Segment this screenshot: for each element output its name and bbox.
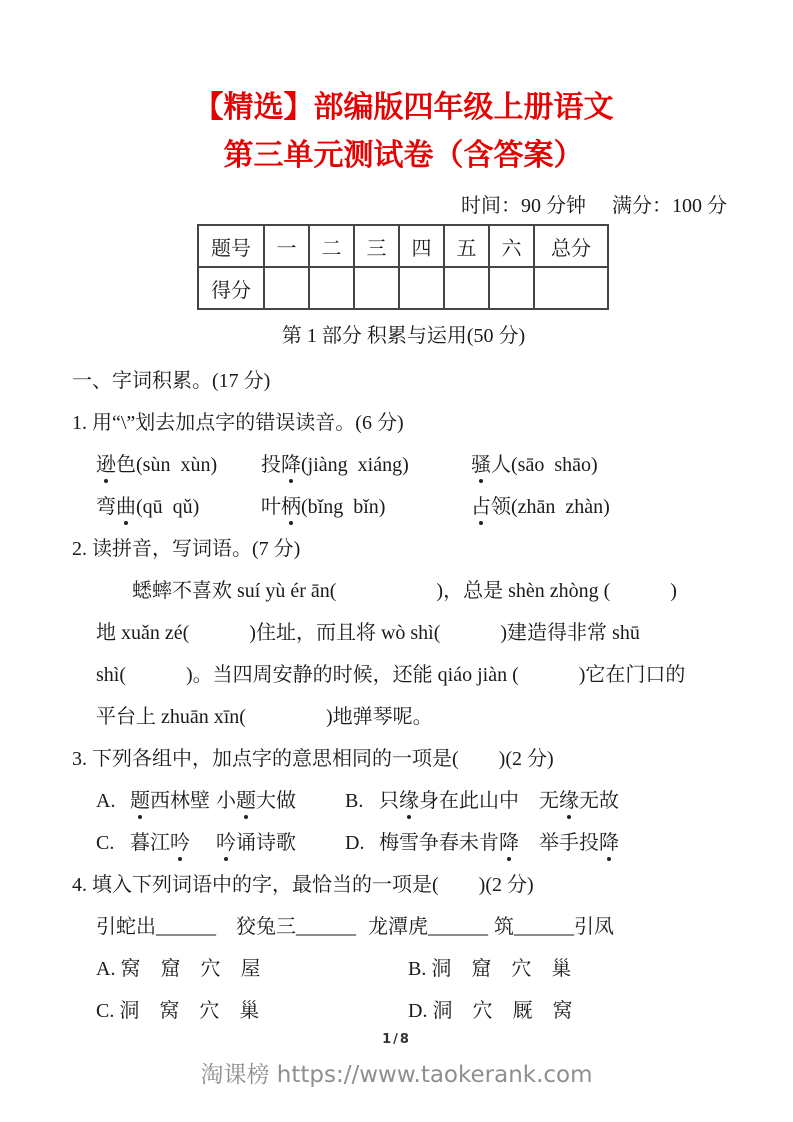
q3-option-c: C.暮江吟吟诵诗歌	[96, 822, 345, 864]
question-body: 一、字词积累。(17 分) 1. 用“\”划去加点字的错误读音。(6 分) 逊色…	[72, 360, 735, 1032]
q2-line-4: 平台上 zhuān xīn( )地弹琴呢。	[72, 696, 735, 738]
part1-header: 第 1 部分 积累与运用(50 分)	[72, 321, 735, 351]
score-empty-cell	[534, 267, 608, 309]
score-row-label: 得分	[198, 267, 264, 309]
q4-option-c: C. 洞 窝 穴 巢	[96, 990, 408, 1032]
score-header-cell: 题号	[198, 225, 264, 267]
score-header-cell: 二	[309, 225, 354, 267]
q3-option-b-label: B.	[345, 780, 379, 822]
q3-option-b-phrase1: 只缘身在此山中	[379, 780, 539, 822]
q4-stem: 4. 填入下列词语中的字，最恰当的一项是( )(2 分)	[72, 864, 735, 906]
q3-option-c-phrase1: 暮江吟	[130, 822, 216, 864]
score-table: 题号 一 二 三 四 五 六 总分 得分	[197, 224, 609, 310]
q3-option-a: A.题西林壁小题大做	[96, 780, 345, 822]
score-empty-cell	[354, 267, 399, 309]
score-header-cell: 总分	[534, 225, 608, 267]
q3-option-a-phrase1: 题西林壁	[130, 780, 216, 822]
score-header-cell: 四	[399, 225, 444, 267]
q1-stem: 1. 用“\”划去加点字的错误读音。(6 分)	[72, 402, 735, 444]
score-empty-cell	[444, 267, 489, 309]
q4-options-row-2: C. 洞 窝 穴 巢D. 洞 穴 厩 窝	[72, 990, 735, 1032]
q4-options-row-1: A. 窝 窟 穴 屋B. 洞 窟 穴 巢	[72, 948, 735, 990]
q4-blank-3: 龙潭虎______	[368, 906, 494, 948]
q4-blank-1: 引蛇出______	[96, 906, 236, 948]
title-line-2: 第三单元测试卷（含答案）	[72, 132, 735, 180]
q4-blanks-row: 引蛇出______狡兔三______龙潭虎______筑______引凤	[72, 906, 735, 948]
section1-title: 一、字词积累。(17 分)	[72, 360, 735, 402]
q1-item-wanqu: 弯曲(qū qǔ)	[96, 486, 261, 528]
score-empty-cell	[309, 267, 354, 309]
q1-item-xunse: 逊色(sùn xùn)	[96, 444, 261, 486]
q3-options-row-2: C.暮江吟吟诵诗歌D.梅雪争春未肯降举手投降	[72, 822, 735, 864]
q1-pinyin-row-2: 弯曲(qū qǔ)叶柄(bǐng bǐn)占领(zhān zhàn)	[72, 486, 735, 528]
page-number: 1/8	[0, 1032, 793, 1047]
q2-line-3: shì( )。当四周安静的时候，还能 qiáo jiàn ( )它在门口的	[72, 654, 735, 696]
q3-option-d-phrase2: 举手投降	[539, 822, 619, 864]
score-header-cell: 五	[444, 225, 489, 267]
score-table-header-row: 题号 一 二 三 四 五 六 总分	[198, 225, 608, 267]
q3-option-c-phrase2: 吟诵诗歌	[216, 822, 296, 864]
score-table-score-row: 得分	[198, 267, 608, 309]
exam-full-score: 满分：100 分	[612, 195, 727, 217]
q3-option-d: D.梅雪争春未肯降举手投降	[345, 822, 619, 864]
q3-options-row-1: A.题西林壁小题大做B.只缘身在此山中无缘无故	[72, 780, 735, 822]
score-empty-cell	[399, 267, 444, 309]
q1-item-saoren: 骚人(sāo shāo)	[471, 444, 598, 486]
q2-line-1: 蟋蟀不喜欢 suí yù ér ān( )，总是 shèn zhòng ( )	[72, 570, 735, 612]
q1-pinyin-row-1: 逊色(sùn xùn)投降(jiàng xiáng)骚人(sāo shāo)	[72, 444, 735, 486]
q3-option-d-phrase1: 梅雪争春未肯降	[379, 822, 539, 864]
score-header-cell: 一	[264, 225, 309, 267]
score-header-cell: 三	[354, 225, 399, 267]
page-content: 【精选】部编版四年级上册语文第三单元测试卷（含答案） 时间：90 分钟满分：10…	[0, 0, 793, 1032]
q1-item-yebing: 叶柄(bǐng bǐn)	[261, 486, 471, 528]
score-header-cell: 六	[489, 225, 534, 267]
q3-option-a-phrase2: 小题大做	[216, 780, 296, 822]
title-line-1: 【精选】部编版四年级上册语文	[72, 84, 735, 132]
q1-item-zhanling: 占领(zhān zhàn)	[471, 486, 610, 528]
q3-option-b-phrase2: 无缘无故	[539, 780, 619, 822]
q4-option-a: A. 窝 窟 穴 屋	[96, 948, 408, 990]
watermark-text: 淘课榜 https://www.taokerank.com	[0, 1056, 793, 1089]
q4-blank-2: 狡兔三______	[236, 906, 368, 948]
q4-option-d: D. 洞 穴 厩 窝	[408, 990, 572, 1032]
q3-option-b: B.只缘身在此山中无缘无故	[345, 780, 619, 822]
q2-stem: 2. 读拼音，写词语。(7 分)	[72, 528, 735, 570]
page-title: 【精选】部编版四年级上册语文第三单元测试卷（含答案）	[72, 84, 735, 180]
q3-stem: 3. 下列各组中，加点字的意思相同的一项是( )(2 分)	[72, 738, 735, 780]
q1-item-touxiang: 投降(jiàng xiáng)	[261, 444, 471, 486]
q4-blank-4: 筑______引凤	[494, 906, 614, 948]
q3-option-c-label: C.	[96, 822, 130, 864]
score-empty-cell	[264, 267, 309, 309]
score-empty-cell	[489, 267, 534, 309]
exam-time: 时间：90 分钟	[461, 195, 586, 217]
q4-option-b: B. 洞 窟 穴 巢	[408, 948, 571, 990]
exam-paper-page: 【精选】部编版四年级上册语文第三单元测试卷（含答案） 时间：90 分钟满分：10…	[0, 0, 793, 1122]
q3-option-a-label: A.	[96, 780, 130, 822]
q2-line-2: 地 xuǎn zé( )住址，而且将 wò shì( )建造得非常 shū	[72, 612, 735, 654]
q3-option-d-label: D.	[345, 822, 379, 864]
exam-meta: 时间：90 分钟满分：100 分	[72, 193, 735, 219]
